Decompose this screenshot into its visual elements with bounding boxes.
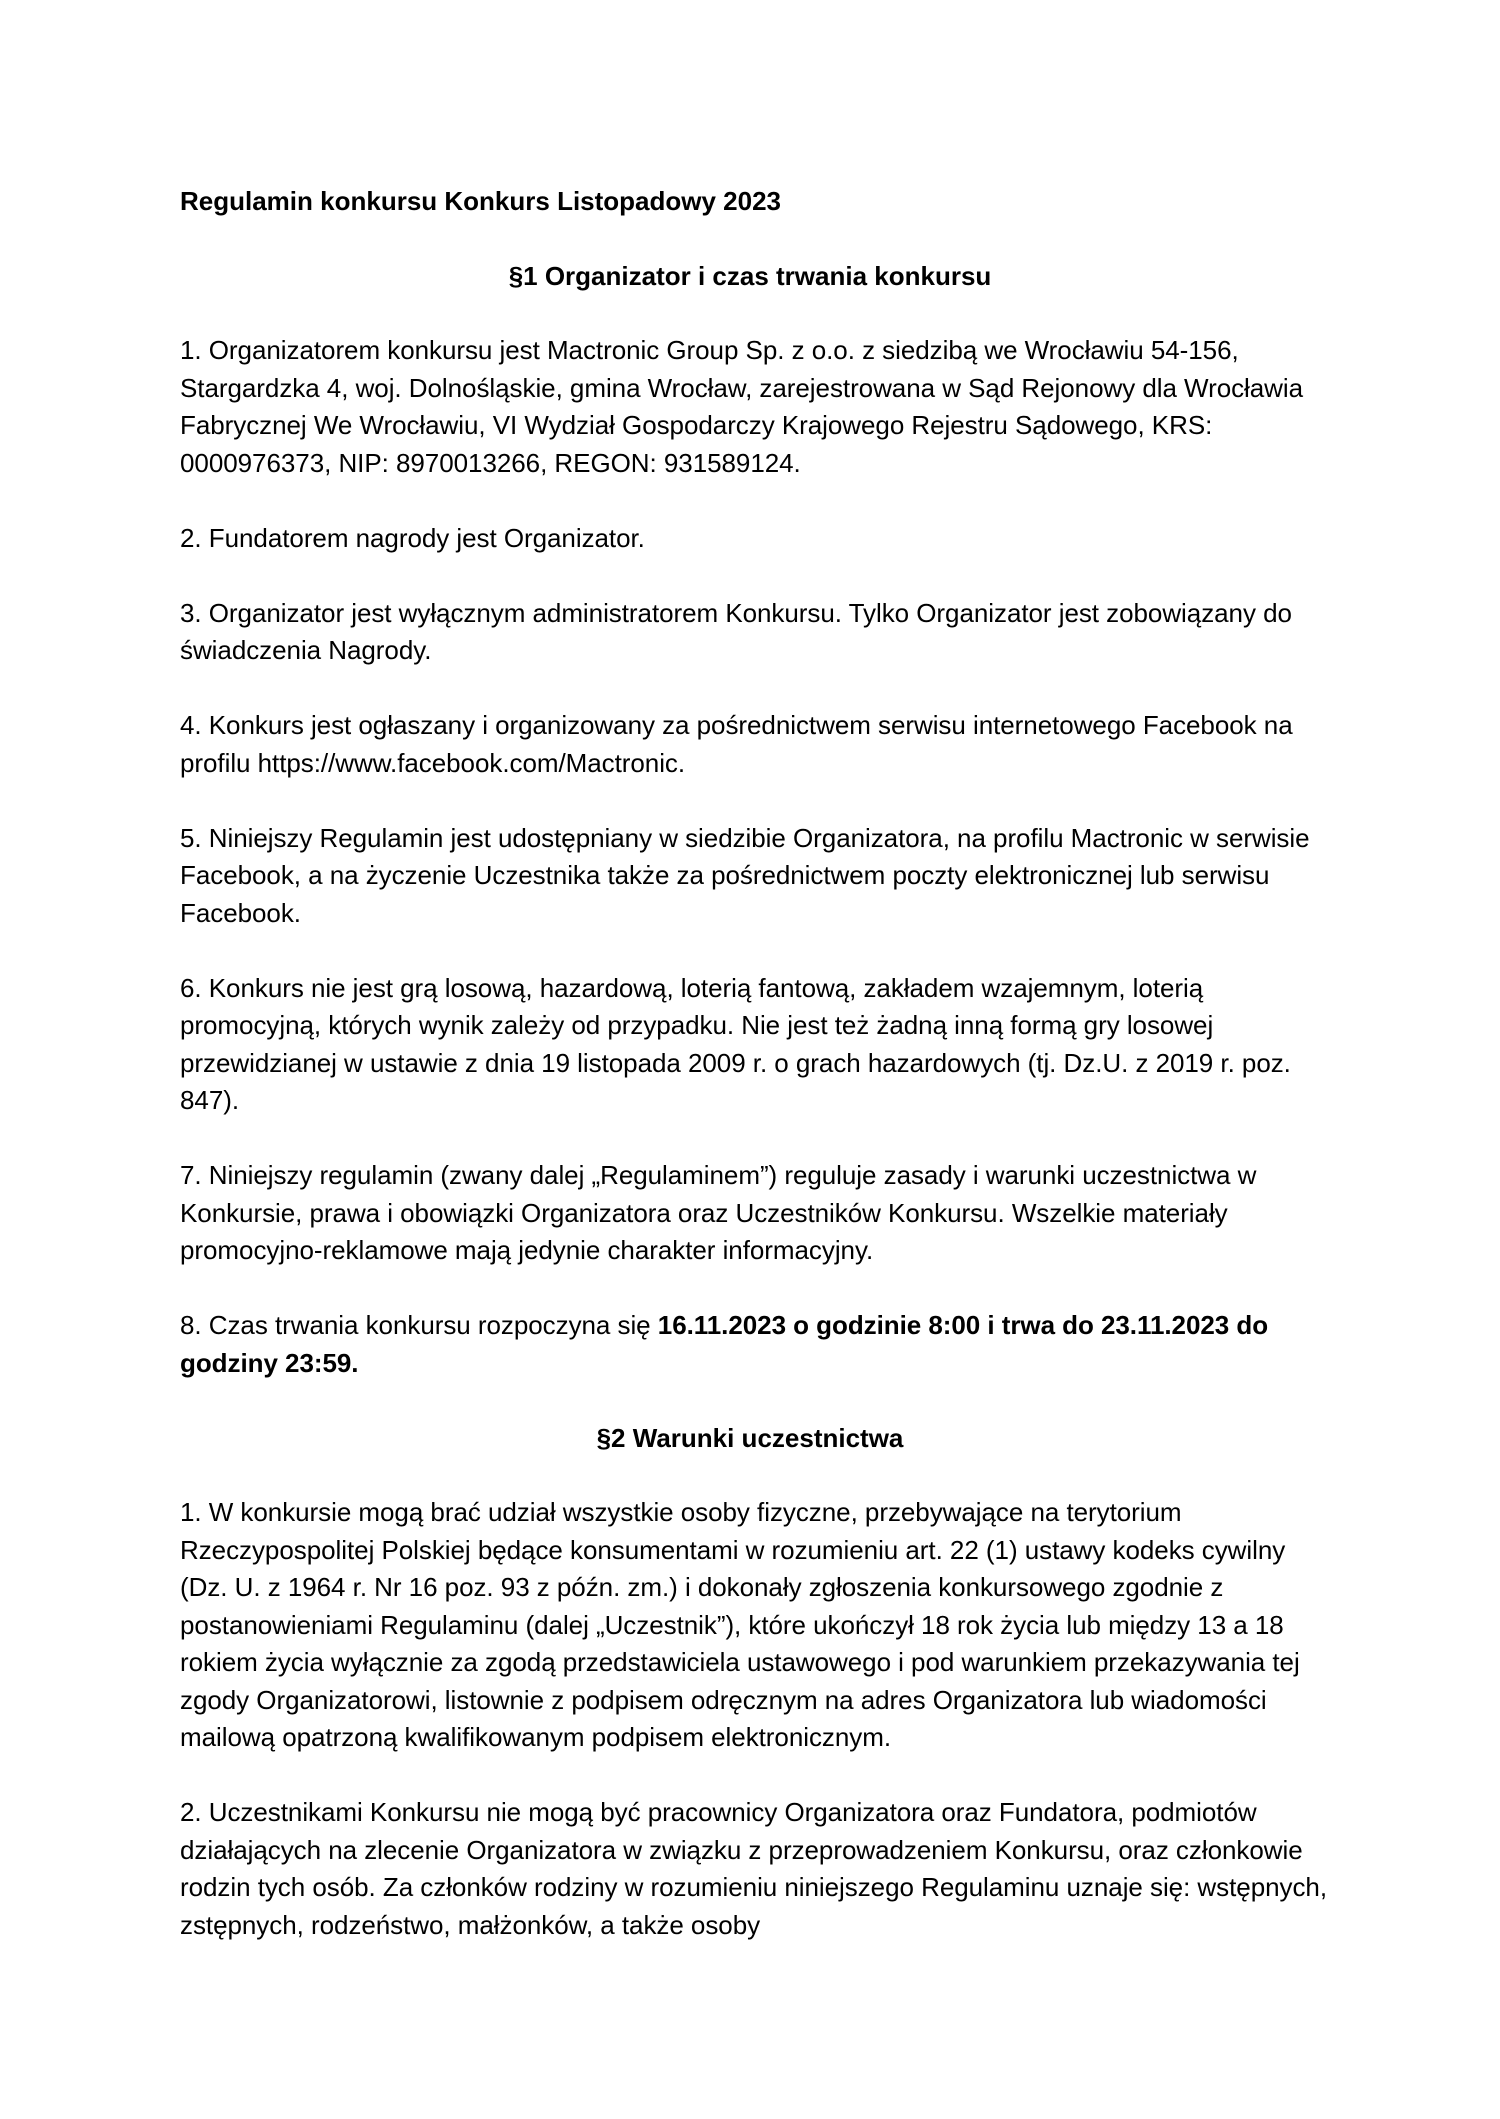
paragraph-regulation-availability: 5. Niniejszy Regulamin jest udostępniany… <box>180 820 1330 933</box>
paragraph-not-gambling: 6. Konkurs nie jest grą losową, hazardow… <box>180 970 1330 1120</box>
paragraph-exclusions: 2. Uczestnikami Konkursu nie mogą być pr… <box>180 1794 1330 1944</box>
document-title: Regulamin konkursu Konkurs Listopadowy 2… <box>180 183 1330 221</box>
section-heading: §2 Warunki uczestnictwa <box>180 1420 1320 1458</box>
section-heading: §1 Organizator i czas trwania konkursu <box>180 258 1320 296</box>
paragraph-administrator: 3. Organizator jest wyłącznym administra… <box>180 595 1330 670</box>
document-page: Regulamin konkursu Konkurs Listopadowy 2… <box>180 183 1330 1982</box>
paragraph-founder: 2. Fundatorem nagrody jest Organizator. <box>180 520 1330 558</box>
section-2: §2 Warunki uczestnictwa 1. W konkursie m… <box>180 1420 1330 1945</box>
paragraph-eligibility: 1. W konkursie mogą brać udział wszystki… <box>180 1494 1330 1757</box>
section-1: §1 Organizator i czas trwania konkursu 1… <box>180 258 1330 1383</box>
paragraph-duration: 8. Czas trwania konkursu rozpoczyna się … <box>180 1307 1330 1382</box>
paragraph-regulation-scope: 7. Niniejszy regulamin (zwany dalej „Reg… <box>180 1157 1330 1270</box>
duration-prefix: 8. Czas trwania konkursu rozpoczyna się <box>180 1310 658 1340</box>
paragraph-facebook-profile: 4. Konkurs jest ogłaszany i organizowany… <box>180 707 1330 782</box>
paragraph-organizer: 1. Organizatorem konkursu jest Mactronic… <box>180 332 1330 482</box>
